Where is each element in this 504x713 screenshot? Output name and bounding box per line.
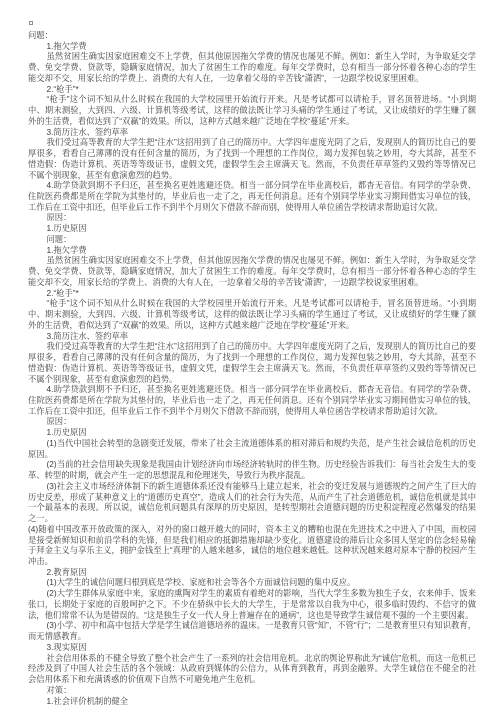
- item-tuition-arrears-2: 1.拖欠学费: [28, 245, 476, 256]
- para-resume-padding-1: 我们受过高等教育的大学生把“注水”这招用到了自己的简历中。大学四年虚度光阴了之后…: [28, 137, 476, 180]
- para-reality: 社会信用体系的不健全导致了整个社会产生了一系列的社会信用危机。北京的舆论界称此为…: [28, 653, 476, 685]
- item-ghostwriter-1: 2.“枪手”*: [28, 84, 476, 95]
- heading-countermeasures: 对策：: [28, 685, 476, 696]
- para-historical-4: (4)随着中国改革开放政策的深入，对外的窗口越开越大的同时，资本主义的糟粕也混在…: [28, 524, 476, 567]
- bullet-square-icon: [29, 21, 33, 25]
- para-historical-1: (1)当代中国社会转型的急剧变迁发展，带来了社会主流道德体系的相对滞后和规约失范…: [28, 438, 476, 459]
- item-resume-padding-2: 3.简历注水、签约草率: [28, 331, 476, 342]
- item-historical-reason-2: 1.历史原因: [28, 427, 476, 438]
- heading-problems-1: 问题：: [28, 30, 476, 41]
- para-resume-padding-2: 我们受过高等教育的大学生把“注水”这招用到了自己的简历中。大学四年虚度光阴了之后…: [28, 341, 476, 384]
- para-education-2: (2)大学生群体从家庭中来，家庭的熏陶对学生的素质有着绝对的影响，当代大学生多数…: [28, 588, 476, 620]
- item-tuition-arrears-1: 1.拖欠学费: [28, 41, 476, 52]
- item-evaluation-mechanism: 1.社会评价机制的健全: [28, 696, 476, 707]
- item-ghostwriter-2: 2.“枪手”*: [28, 288, 476, 299]
- para-tuition-arrears-2: 虽然贫困生确实因家庭困难交不上学费，但其他原因拖欠学费的情况也屡见不鲜。例如：新…: [28, 255, 476, 287]
- para-education-3: (3)小学、初中和高中包括大学是学生诚信道德培养的温床。一是教育只管“知”，不管…: [28, 620, 476, 641]
- para-historical-3: (3)社会主义市场经济体制下的新生道德体系还没有能够马上建立起来，社会的变迁发展…: [28, 481, 476, 524]
- para-historical-2: (2)当前的社会信用缺失现象是我国由计划经济向市场经济转轨时的伴生物。历史经验告…: [28, 459, 476, 480]
- para-ghostwriter-1: “枪手”这个词不知从什么时候在我国的大学校园里开始流行开来。凡是考试都可以请枪手…: [28, 94, 476, 126]
- para-tuition-arrears-1: 虽然贫困生确实因家庭困难交不上学费，但其他原因拖欠学费的情况也屡见不鲜。例如：新…: [28, 51, 476, 83]
- para-ghostwriter-2: “枪手”这个词不知从什么时候在我国的大学校园里开始流行开来。凡是考试都可以请枪手…: [28, 298, 476, 330]
- document-page: 问题： 1.拖欠学费 虽然贫困生确实因家庭困难交不上学费，但其他原因拖欠学费的情…: [0, 0, 504, 713]
- heading-education-reason: 2.教育原因: [28, 567, 476, 578]
- heading-reality-reason: 3.现实原因: [28, 642, 476, 653]
- para-education-1: (1)大学生的诚信问题归根到底是学校、家庭和社会等各个方面诚信问题的集中反应。: [28, 577, 476, 588]
- para-loan-default-2: 4.助学贷款到期不予归还，甚至换名更姓逃避还贷。相当一部分同学在毕业离校后，都杳…: [28, 384, 476, 416]
- heading-reasons-1: 原因：: [28, 212, 476, 223]
- item-resume-padding-1: 3.简历注水、签约草率: [28, 127, 476, 138]
- heading-reasons-2: 原因：: [28, 416, 476, 427]
- document-body: 问题： 1.拖欠学费 虽然贫困生确实因家庭困难交不上学费，但其他原因拖欠学费的情…: [28, 30, 476, 706]
- para-loan-default-1: 4.助学贷款到期不予归还，甚至换名更姓逃避还贷。相当一部分同学在毕业离校后，都杳…: [28, 180, 476, 212]
- item-historical-reason-1: 1.历史原因: [28, 223, 476, 234]
- heading-problems-2: 问题：: [28, 234, 476, 245]
